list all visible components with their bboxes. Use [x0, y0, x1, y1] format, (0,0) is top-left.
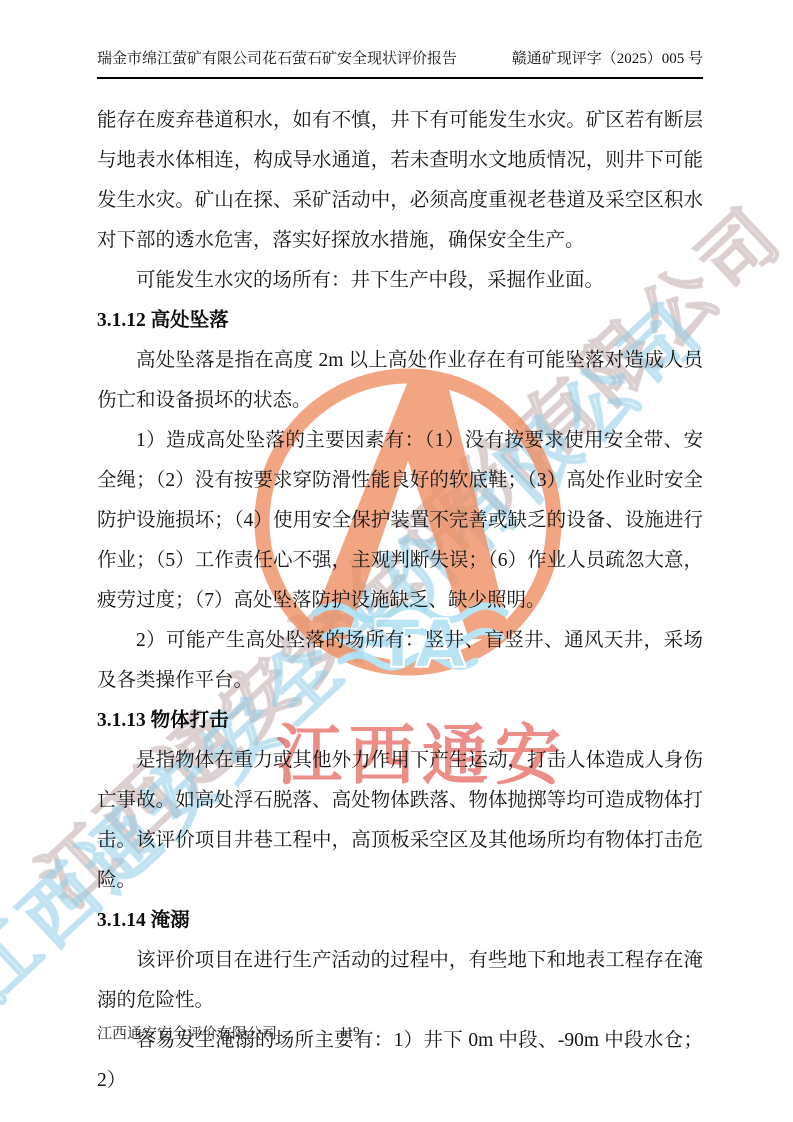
report-title: 瑞金市绵江萤矿有限公司花石萤石矿安全现状评价报告 [97, 50, 457, 69]
paragraph: 能存在废弃巷道积水，如有不慎，井下有可能发生水灾。矿区若有断层与地表水体相连，构… [97, 101, 703, 261]
document-number: 赣通矿现评字（2025）005 号 [512, 50, 703, 69]
page-content: 瑞金市绵江萤矿有限公司花石萤石矿安全现状评价报告 赣通矿现评字（2025）005… [0, 0, 793, 1122]
footer-company-name: 江西通安安全评价有限公司 [97, 1022, 277, 1043]
section-heading: 3.1.12 高处坠落 [97, 301, 703, 341]
paragraph: 可能发生水灾的场所有：井下生产中段，采掘作业面。 [97, 261, 703, 301]
paragraph: 1）造成高处坠落的主要因素有：（1）没有按要求使用安全带、安全绳；（2）没有按要… [97, 421, 703, 621]
paragraph: 高处坠落是指在高度 2m 以上高处作业存在有可能坠落对造成人员伤亡和设备损坏的状… [97, 341, 703, 421]
section-heading: 3.1.14 淹溺 [97, 901, 703, 941]
page-number: 119 [340, 1024, 360, 1040]
page-header: 瑞金市绵江萤矿有限公司花石萤石矿安全现状评价报告 赣通矿现评字（2025）005… [97, 50, 703, 79]
section-heading: 3.1.13 物体打击 [97, 701, 703, 741]
paragraph: 2）可能产生高处坠落的场所有：竖井、盲竖井、通风天井，采场及各类操作平台。 [97, 621, 703, 701]
paragraph: 该评价项目在进行生产活动的过程中，有些地下和地表工程存在淹溺的危险性。 [97, 941, 703, 1021]
document-body: 能存在废弃巷道积水，如有不慎，井下有可能发生水灾。矿区若有断层与地表水体相连，构… [97, 101, 703, 1101]
paragraph: 是指物体在重力或其他外力作用下产生运动，打击人体造成人身伤亡事故。如高处浮石脱落… [97, 741, 703, 901]
document-page: { "header": { "left": "瑞金市绵江萤矿有限公司花石萤石矿安… [0, 0, 793, 1122]
